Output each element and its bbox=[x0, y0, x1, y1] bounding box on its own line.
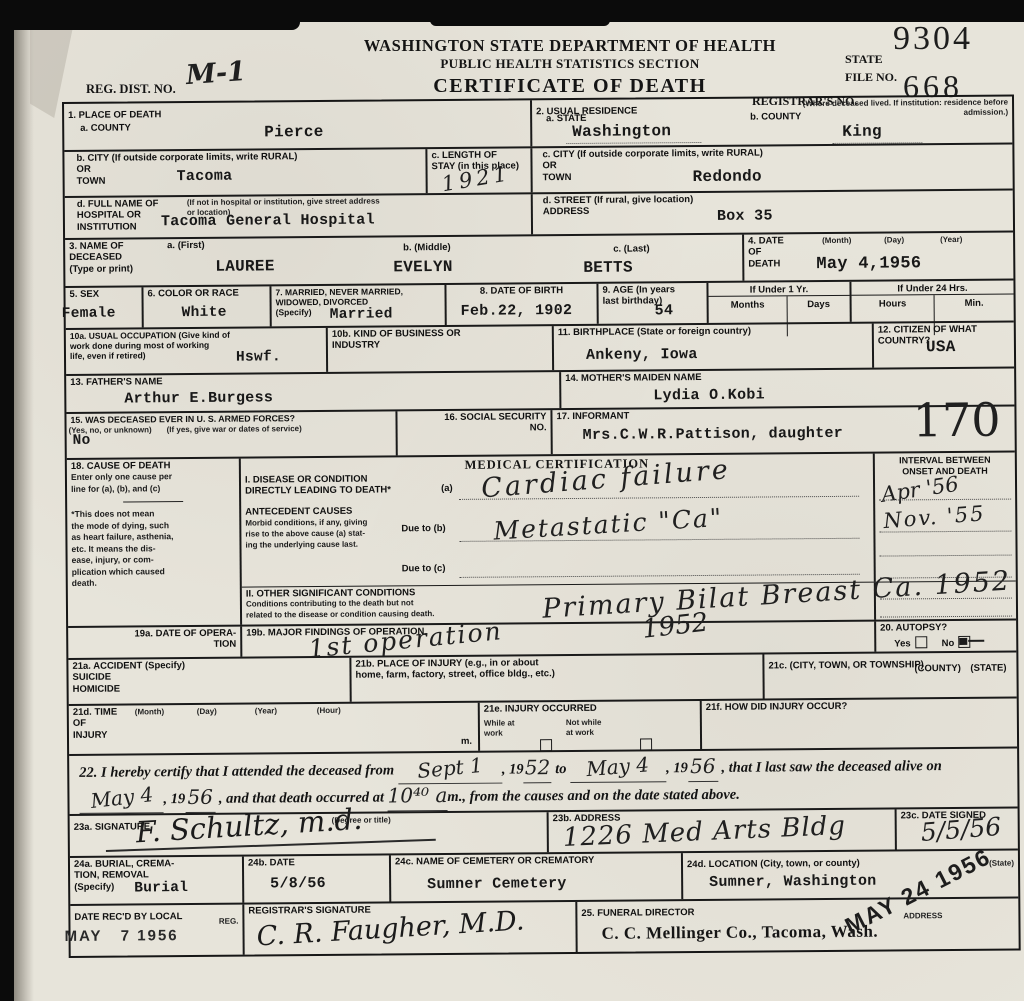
field-registrar-signature: REGISTRAR'S SIGNATURE C. R. Faugher, M.D… bbox=[244, 902, 577, 955]
street-label: d. STREET (If rural, give location) ADDR… bbox=[543, 192, 1009, 218]
age-value: 54 bbox=[655, 303, 674, 320]
while-at-work-label: While at work bbox=[484, 718, 515, 737]
location-value: Sumner, Washington bbox=[709, 874, 877, 892]
pen-stroke bbox=[969, 640, 985, 642]
field-hospital: d. FULL NAME OF HOSPITAL OR INSTITUTION … bbox=[65, 194, 533, 238]
field-length-of-stay: c. LENGTH OF STAY (in this place) 1921 bbox=[427, 148, 532, 193]
antecedent-label: ANTECEDENT CAUSES bbox=[245, 506, 352, 518]
autopsy-no-checkbox bbox=[959, 636, 971, 648]
residence-hint: (Where deceased lived. If institution: r… bbox=[803, 98, 1009, 119]
birth-label: 8. DATE OF BIRTH bbox=[450, 285, 592, 298]
place-of-death-title: 1. PLACE OF DEATH bbox=[68, 109, 161, 121]
certify-text: , 19 bbox=[502, 761, 524, 777]
medical-certification: MEDICAL CERTIFICATION I. DISEASE OR COND… bbox=[241, 454, 874, 587]
certify-time-value: 10⁴⁰ a bbox=[388, 783, 448, 807]
middle-name-value: EVELYN bbox=[393, 259, 453, 277]
certify-from-value: Sept 1 bbox=[416, 755, 483, 781]
field-place-of-injury: 21b. PLACE OF INJURY (e.g., in or about … bbox=[351, 655, 764, 702]
form-row: 3. NAME OF DECEASED (Type or print) a. (… bbox=[65, 233, 1013, 288]
field-place-of-death: 1. PLACE OF DEATH a. COUNTY Pierce bbox=[64, 100, 532, 150]
under-1yr-label: If Under 1 Yr. bbox=[708, 282, 849, 296]
field-injury-occurred: 21e. INJURY OCCURRED While at work Not w… bbox=[480, 701, 702, 751]
residence-city-label: c. CITY (If outside corporate limits, wr… bbox=[542, 146, 1008, 184]
other-conditions-row: II. OTHER SIGNIFICANT CONDITIONS Conditi… bbox=[242, 581, 1016, 625]
dotted-line bbox=[879, 499, 1011, 501]
interval-b-value: Nov. '55 bbox=[883, 503, 987, 532]
checkbox-mark bbox=[960, 638, 968, 645]
state-file-number: 9304 bbox=[893, 20, 973, 58]
certify-time-blank: 10⁴⁰ a bbox=[388, 784, 448, 811]
interval-a-value: Apr '56 bbox=[880, 474, 960, 506]
interval-column: INTERVAL BETWEEN ONSET AND DEATH Apr '56… bbox=[873, 453, 1016, 582]
cause-of-death-block: 18. CAUSE OF DEATH Enter only one cause … bbox=[67, 453, 1016, 628]
due-to-c-label: Due to (c) bbox=[402, 563, 446, 575]
field-funeral-director: 25. FUNERAL DIRECTOR ADDRESS C. C. Melli… bbox=[577, 899, 1018, 952]
divider bbox=[123, 501, 183, 502]
form-row: d. FULL NAME OF HOSPITAL OR INSTITUTION … bbox=[65, 191, 1013, 240]
document-department: WASHINGTON STATE DEPARTMENT OF HEALTH bbox=[280, 36, 860, 56]
under-24hrs-label: If Under 24 Hrs. bbox=[851, 281, 1013, 296]
field-armed-forces: 15. WAS DECEASED EVER IN U. S. ARMED FOR… bbox=[66, 411, 397, 458]
field-certification-statement: 22. I hereby certify that I attended the… bbox=[69, 749, 1017, 814]
not-while-at-work-checkbox bbox=[640, 739, 652, 751]
due-to-b-value: Metastatic "Ca" bbox=[493, 505, 724, 544]
injury-city-label: 21c. (CITY, TOWN, OR TOWNSHIP) bbox=[768, 659, 923, 671]
injury-county-label: (COUNTY) bbox=[914, 663, 961, 675]
form-row: 1. PLACE OF DEATH a. COUNTY Pierce 2. US… bbox=[64, 97, 1012, 152]
reg-small-label: REG. bbox=[219, 917, 239, 927]
field-how-injury-occurred: 21f. HOW DID INJURY OCCUR? bbox=[702, 699, 1017, 749]
marital-value: Married bbox=[330, 307, 393, 323]
certify-text: to bbox=[555, 761, 566, 777]
certify-text: , that I last saw the deceased alive on bbox=[721, 758, 941, 776]
certify-to-year: 56 bbox=[690, 754, 716, 778]
certify-alive-year-blank: 56 bbox=[185, 786, 215, 813]
form-row: 10a. USUAL OCCUPATION (Give kind of work… bbox=[66, 323, 1014, 376]
field-city-of-death: b. CITY (If outside corporate limits, wr… bbox=[64, 149, 427, 196]
cause-of-death-notes: 18. CAUSE OF DEATH Enter only one cause … bbox=[67, 459, 242, 626]
field-sex: 5. SEX Female bbox=[65, 287, 143, 328]
informant-value: Mrs.C.W.R.Pattison, daughter bbox=[583, 426, 844, 445]
scan-black-band bbox=[0, 0, 300, 30]
form-row: 22. I hereby certify that I attended the… bbox=[69, 749, 1017, 816]
date-signed-value: 5/5/56 bbox=[920, 814, 1002, 845]
year-hint: (Year) bbox=[940, 235, 962, 245]
field-date-signed: 23c. DATE SIGNED 5/5/56 bbox=[897, 809, 1018, 850]
field-ssn: 16. SOCIAL SECURITY NO. bbox=[397, 410, 552, 455]
field-citizen: 12. CITIZEN OF WHAT COUNTRY? USA bbox=[874, 323, 1014, 368]
sex-label: 5. SEX bbox=[69, 288, 137, 300]
field-color-or-race: 6. COLOR OR RACE White bbox=[143, 286, 271, 327]
field-accident: 21a. ACCIDENT (Specify) SUICIDE HOMICIDE bbox=[68, 658, 351, 704]
armed-forces-value: No bbox=[73, 434, 91, 450]
dotted-line bbox=[879, 531, 1011, 533]
autopsy-yes-label: Yes bbox=[894, 639, 910, 650]
cemetery-value: Sumner Cemetery bbox=[427, 876, 567, 894]
street-value: Box 35 bbox=[717, 208, 773, 225]
sex-value: Female bbox=[62, 307, 116, 323]
injury-m-label: m. bbox=[461, 735, 472, 746]
injury-day-hint: (Day) bbox=[197, 707, 217, 717]
field-usual-residence: 2. USUAL RESIDENCE (Where deceased lived… bbox=[532, 97, 1012, 147]
disease-label: I. DISEASE OR CONDITION DIRECTLY LEADING… bbox=[245, 473, 391, 497]
city-label: b. CITY (If outside corporate limits, wr… bbox=[76, 150, 421, 187]
field-burial-date: 24b. DATE 5/8/56 bbox=[244, 855, 391, 902]
field-business-industry: 10b. KIND OF BUSINESS OR INDUSTRY bbox=[328, 326, 554, 372]
injury-occurred-label: 21e. INJURY OCCURRED bbox=[484, 702, 696, 715]
form-row: 15. WAS DECEASED EVER IN U. S. ARMED FOR… bbox=[66, 407, 1014, 460]
location-label: 24d. LOCATION (City, town, or county) bbox=[687, 858, 860, 870]
burial-date-value: 5/8/56 bbox=[270, 876, 326, 893]
state-file-label: STATE FILE NO. bbox=[845, 50, 897, 86]
birthplace-value: Ankeny, Iowa bbox=[586, 347, 698, 364]
occupation-value: Hswf. bbox=[236, 350, 281, 366]
field-date-of-birth: 8. DATE OF BIRTH Feb.22, 1902 bbox=[446, 284, 598, 325]
field-birthplace: 11. BIRTHPLACE (State or foreign country… bbox=[554, 324, 874, 371]
father-label: 13. FATHER'S NAME bbox=[70, 373, 555, 388]
residence-city-value: Redondo bbox=[693, 169, 762, 187]
mother-label: 14. MOTHER'S MAIDEN NAME bbox=[565, 370, 1010, 385]
certify-to-year-blank: 56 bbox=[688, 755, 718, 782]
medical-certification-area: MEDICAL CERTIFICATION I. DISEASE OR COND… bbox=[241, 453, 1016, 625]
certificate-form: 1. PLACE OF DEATH a. COUNTY Pierce 2. US… bbox=[62, 95, 1021, 958]
citizen-value: USA bbox=[926, 339, 956, 357]
form-row: 5. SEX Female 6. COLOR OR RACE White 7. … bbox=[65, 281, 1013, 330]
armed-forces-label: 15. WAS DECEASED EVER IN U. S. ARMED FOR… bbox=[70, 412, 391, 425]
residence-county-value: King bbox=[832, 123, 922, 143]
field-marital-status: 7. MARRIED, NEVER MARRIED, WIDOWED, DIVO… bbox=[271, 285, 446, 326]
scan-black-band bbox=[430, 0, 610, 26]
injury-year-hint: (Year) bbox=[255, 706, 277, 716]
dotted-line bbox=[880, 616, 1012, 618]
race-value: White bbox=[182, 306, 227, 322]
scan-left-edge bbox=[14, 22, 34, 1001]
field-occupation: 10a. USUAL OCCUPATION (Give kind of work… bbox=[66, 328, 328, 374]
reg-dist-label: REG. DIST. NO. bbox=[86, 82, 176, 97]
birthplace-label: 11. BIRTHPLACE (State or foreign country… bbox=[558, 325, 868, 339]
certify-to-blank: May 4 bbox=[570, 755, 666, 783]
certify-text: , 19 bbox=[666, 760, 688, 776]
field-injury-city: 21c. (CITY, TOWN, OR TOWNSHIP) (COUNTY) … bbox=[764, 653, 1016, 699]
cause-note2: *This does not mean the mode of dying, s… bbox=[71, 508, 236, 590]
form-row: 21d. TIME OF INJURY (Month) (Day) (Year)… bbox=[69, 699, 1017, 756]
dotted-line bbox=[880, 555, 1012, 557]
form-row: 23a. SIGNATURE (Degree or title) F. Schu… bbox=[70, 809, 1018, 858]
antecedent-note: Morbid conditions, if any, giving rise t… bbox=[245, 518, 367, 551]
field-cemetery: 24c. NAME OF CEMETERY OR CREMATORY Sumne… bbox=[391, 853, 683, 901]
how-injury-label: 21f. HOW DID INJURY OCCUR? bbox=[706, 700, 1013, 714]
occupation-label: 10a. USUAL OCCUPATION (Give kind of work… bbox=[70, 329, 322, 362]
residence-county-label: b. COUNTY bbox=[750, 111, 801, 123]
certify-number: 22. bbox=[79, 765, 97, 781]
disease-a-label: (a) bbox=[441, 483, 453, 494]
injury-state-label: (STATE) bbox=[970, 663, 1006, 675]
field-residence-city: c. CITY (If outside corporate limits, wr… bbox=[532, 145, 1012, 193]
business-label: 10b. KIND OF BUSINESS OR INDUSTRY bbox=[332, 327, 548, 351]
race-label: 6. COLOR OR RACE bbox=[147, 287, 265, 299]
date-of-death-value: May 4,1956 bbox=[816, 255, 921, 275]
certify-alive-value: May 4 bbox=[89, 784, 154, 811]
due-to-b-label: Due to (b) bbox=[401, 523, 445, 535]
other-conditions: II. OTHER SIGNIFICANT CONDITIONS Conditi… bbox=[242, 583, 874, 625]
form-row: 21a. ACCIDENT (Specify) SUICIDE HOMICIDE… bbox=[68, 653, 1016, 706]
father-value: Arthur E.Burgess bbox=[124, 390, 273, 408]
mother-value: Lydia O.Kobi bbox=[653, 387, 765, 404]
certify-from-year-blank: 52 bbox=[523, 756, 551, 783]
field-age: 9. AGE (In years last birthday) 54 bbox=[598, 283, 708, 324]
burial-date-label: 24b. DATE bbox=[248, 856, 385, 868]
field-signature: 23a. SIGNATURE (Degree or title) F. Schu… bbox=[70, 812, 549, 856]
while-at-work-checkbox bbox=[540, 739, 552, 751]
injury-hour-hint: (Hour) bbox=[317, 706, 341, 716]
accident-label: 21a. ACCIDENT (Specify) SUICIDE HOMICIDE bbox=[72, 659, 345, 695]
certify-from-year: 52 bbox=[525, 755, 551, 779]
document-section: PUBLIC HEALTH STATISTICS SECTION bbox=[280, 56, 860, 72]
scanned-death-certificate: WASHINGTON STATE DEPARTMENT OF HEALTH PU… bbox=[0, 0, 1024, 1001]
burial-value: Burial bbox=[134, 881, 188, 897]
funeral-director-label: 25. FUNERAL DIRECTOR bbox=[581, 907, 694, 919]
field-name-of-deceased: 3. NAME OF DECEASED (Type or print) a. (… bbox=[65, 235, 744, 286]
field-under-24hrs: If Under 24 Hrs. Hours Min. bbox=[851, 281, 1013, 322]
residence-state-value: Washington bbox=[566, 123, 701, 144]
certify-text: m., from the causes and on the date stat… bbox=[447, 787, 740, 805]
field-major-findings: 19b. MAJOR FINDINGS OF OPERATION 1st ope… bbox=[242, 622, 876, 657]
medical-certification-upper: MEDICAL CERTIFICATION I. DISEASE OR COND… bbox=[241, 453, 1016, 587]
informant-handwritten-number: 170 bbox=[913, 397, 1001, 444]
form-row: b. CITY (If outside corporate limits, wr… bbox=[64, 145, 1012, 198]
cause-note1: Enter only one cause per line for (a), (… bbox=[71, 471, 235, 495]
middle-name-label: b. (Middle) bbox=[403, 242, 451, 254]
place-of-injury-label: 21b. PLACE OF INJURY (e.g., in or about … bbox=[355, 656, 758, 682]
funeral-director-address-label: ADDRESS bbox=[903, 911, 942, 921]
field-father-name: 13. FATHER'S NAME Arthur E.Burgess bbox=[66, 372, 561, 412]
field-date-of-death: 4. DATE OF DEATH (Month) (Day) (Year) Ma… bbox=[744, 233, 1013, 281]
day-hint: (Day) bbox=[884, 235, 904, 245]
last-name-label: c. (Last) bbox=[613, 243, 650, 255]
first-name-label: a. (First) bbox=[167, 240, 205, 252]
city-value: Tacoma bbox=[177, 169, 233, 186]
field-under-1yr: If Under 1 Yr. Months Days bbox=[708, 282, 851, 323]
birth-value: Feb.22, 1902 bbox=[461, 303, 573, 320]
first-name-value: LAUREE bbox=[215, 258, 275, 276]
field-date-of-operation: 19a. DATE OF OPERA- TION bbox=[68, 627, 242, 658]
autopsy-label: 20. AUTOPSY? bbox=[880, 622, 1012, 634]
not-while-at-work-label: Not while at work bbox=[566, 718, 602, 737]
field-informant: 17. INFORMANT Mrs.C.W.R.Pattison, daught… bbox=[552, 407, 1014, 455]
certify-to-value: May 4 bbox=[586, 754, 650, 779]
cemetery-label: 24c. NAME OF CEMETERY OR CREMATORY bbox=[395, 854, 677, 868]
last-name-value: BETTS bbox=[583, 260, 633, 278]
date-received-stamp: MAY 7 1956 bbox=[64, 927, 178, 945]
certify-alive-blank: May 4 bbox=[79, 786, 163, 814]
autopsy-yes-checkbox bbox=[915, 636, 927, 648]
certify-text: , 19 bbox=[163, 791, 185, 807]
field-autopsy: 20. AUTOPSY? Yes No bbox=[876, 621, 1016, 652]
certify-from-blank: Sept 1 bbox=[398, 757, 502, 785]
field-date-received: DATE REC'D BY LOCAL REG. MAY 7 1956 bbox=[70, 905, 244, 956]
county-value: Pierce bbox=[264, 124, 324, 142]
field-time-of-injury: 21d. TIME OF INJURY (Month) (Day) (Year)… bbox=[69, 703, 480, 754]
injury-month-hint: (Month) bbox=[135, 707, 164, 717]
hospital-value: Tacoma General Hospital bbox=[161, 213, 375, 231]
armed-forces-hint2: (If yes, give war or dates of service) bbox=[167, 424, 302, 435]
autopsy-no-label: No bbox=[942, 638, 955, 649]
certify-text: I hereby certify that I attended the dec… bbox=[101, 762, 394, 780]
date-received-label: DATE REC'D BY LOCAL bbox=[74, 911, 182, 923]
certify-alive-year: 56 bbox=[187, 785, 213, 809]
field-street-address: d. STREET (If rural, give location) ADDR… bbox=[533, 191, 1013, 235]
field-physician-address: 23b. ADDRESS 1226 Med Arts Bldg bbox=[549, 809, 897, 852]
field-burial-type: 24a. BURIAL, CREMA- TION, REMOVAL (Speci… bbox=[70, 857, 244, 904]
ssn-label: 16. SOCIAL SECURITY NO. bbox=[401, 411, 546, 435]
funeral-director-value: C. C. Mellinger Co., Tacoma, Wash. bbox=[601, 922, 878, 944]
date-of-operation-label: 19a. DATE OF OPERA- TION bbox=[72, 628, 236, 652]
reg-dist-value-handwritten: M-1 bbox=[185, 58, 247, 89]
month-hint: (Month) bbox=[822, 236, 851, 246]
age-label: 9. AGE (In years last birthday) bbox=[602, 284, 702, 308]
